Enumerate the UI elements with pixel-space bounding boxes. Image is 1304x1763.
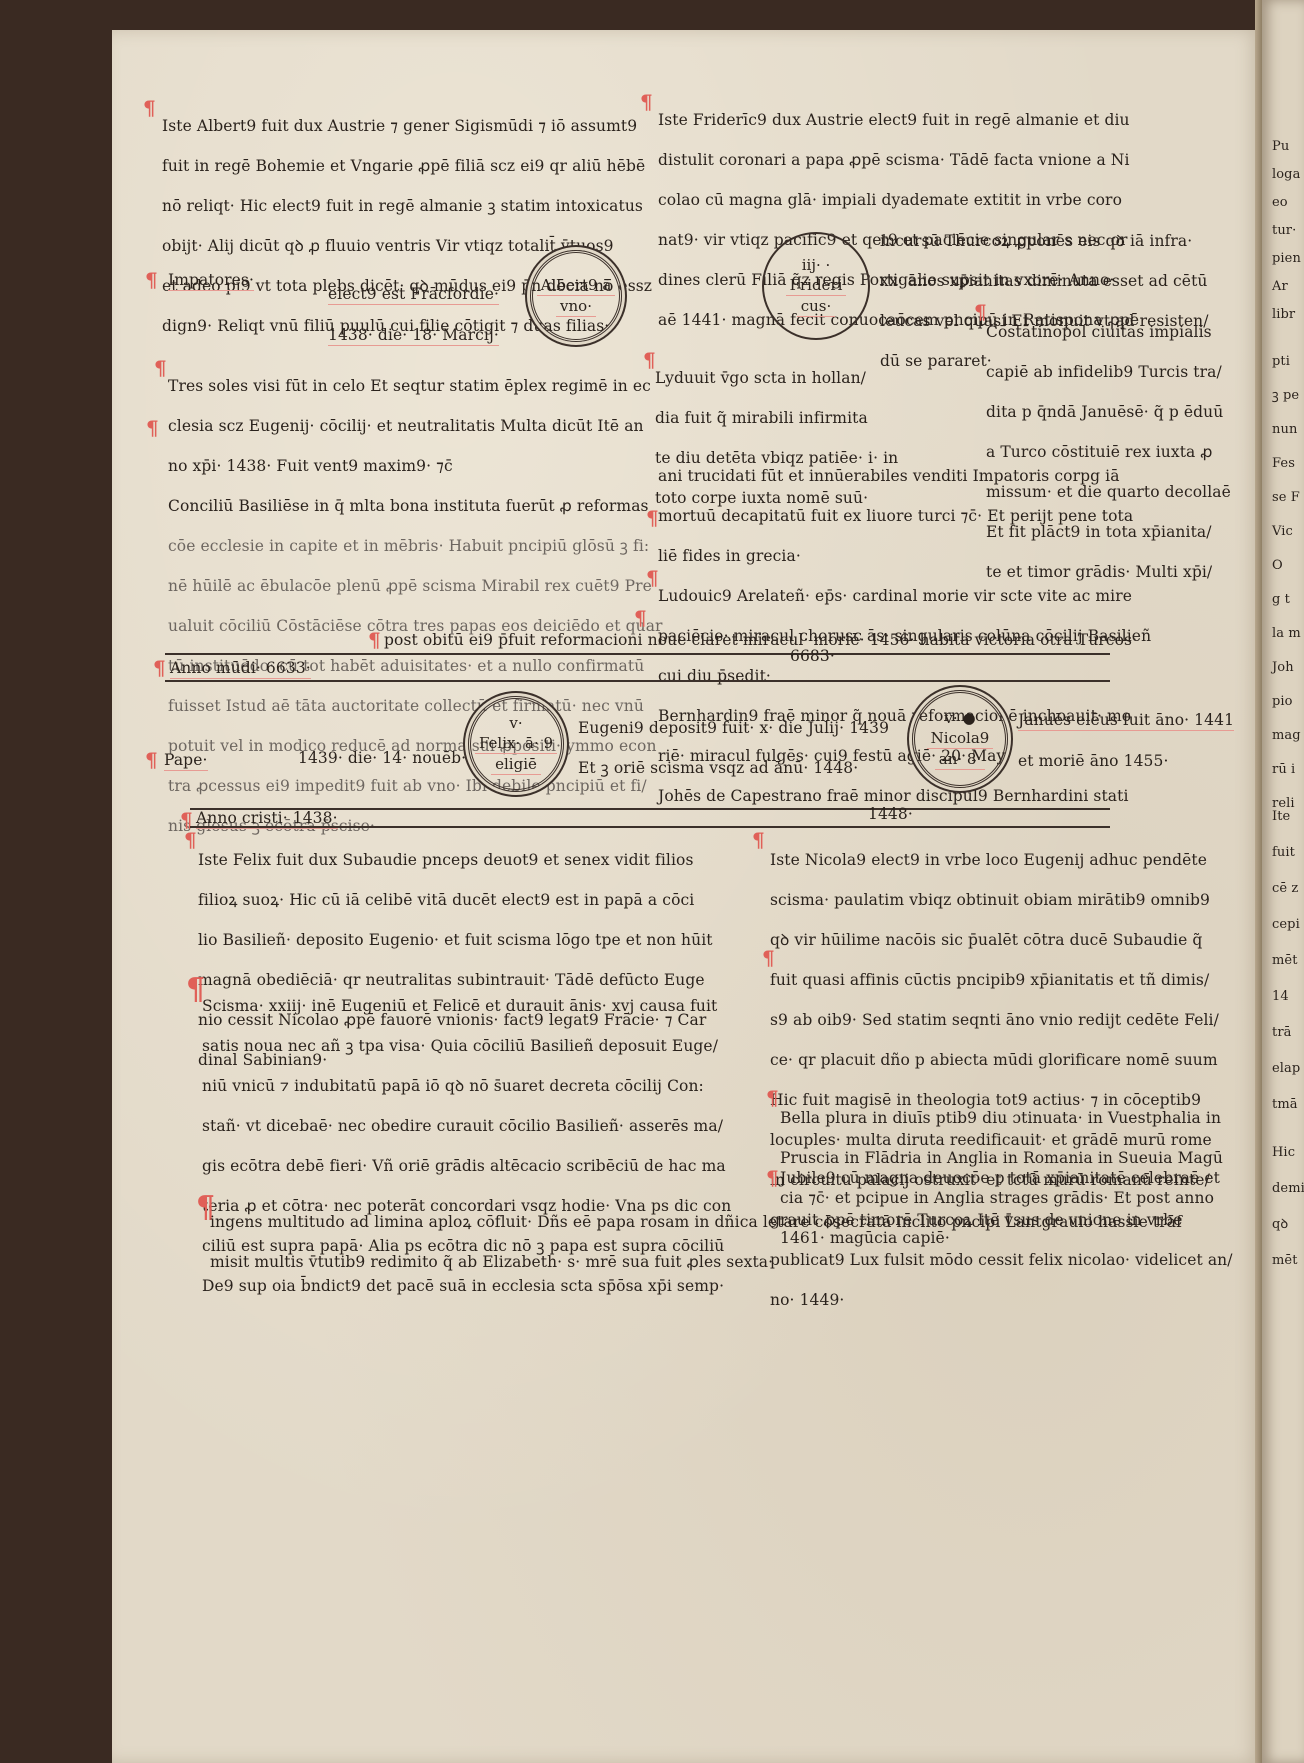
paragraph-mark-icon: ¶	[153, 656, 166, 680]
medallion-text: an· 8·	[935, 749, 985, 770]
text-line: Iste Nicola9 elect9 in vrbe loco Eugenij…	[770, 850, 1233, 870]
text-line: Tres soles visi fūt in celo Et seqtur st…	[168, 376, 663, 396]
text-line: g t	[1272, 591, 1301, 608]
medallion-fridericus: iij· · Frideri cus·	[762, 232, 870, 340]
text-line: Scisma· xxiij· inē Eugeniū et Felicē et …	[202, 996, 731, 1016]
text-line: Ar	[1272, 280, 1301, 294]
paragraph-mark-icon: ¶	[974, 300, 987, 324]
text-line: ingens multitudo ad limina aploꝝ cōfluit…	[210, 1212, 1182, 1232]
text-line: Bella plura in diuīs ptib9 diu ɔtinuata·…	[780, 1108, 1223, 1128]
text-line: misit multis v̄tutib9 redimito q̃ ab Eli…	[210, 1252, 1182, 1272]
text-line: elap	[1272, 1060, 1304, 1078]
paragraph-mark-icon: ¶	[766, 1086, 779, 1110]
text-line: nō reliqt· Hic elect9 fuit in regē alman…	[162, 196, 652, 216]
text-line: nē hūilē ac ēbulacōe plenū ꝓpē scisma Mi…	[168, 576, 663, 596]
medallion-text: iij· ·	[802, 255, 831, 275]
text-line: pien	[1272, 252, 1301, 266]
text-line: Pruscia in Flādria in Anglia in Romania …	[780, 1148, 1223, 1168]
text-line: ꝫ pe	[1272, 387, 1301, 404]
text-line: gis ecōtra debē fieri· Vñ oriē grādis al…	[202, 1156, 731, 1176]
text-line: clesia scz Eugenij· cōcilij· et neutrali…	[168, 416, 663, 436]
timeline-rule	[165, 680, 1110, 682]
text-line: qꝺ vir hūilime nacōis sic p̄ualēt cōtra …	[770, 930, 1233, 950]
medallion-text: vno·	[556, 296, 596, 317]
paragraph-mark-icon: ¶	[762, 946, 775, 970]
text-line: incursū Thurcoꝝ ꝓponēs eis qꝺ iā infra·	[880, 231, 1209, 251]
text-line: niū vnicū ⁊ indubitatū papā iō qꝺ nō s̄u…	[202, 1076, 731, 1096]
anno-cristi-end: 1448·	[868, 804, 913, 824]
pape-date-note: 1439· die· 14· nouēb·	[298, 748, 466, 768]
text-line: O	[1272, 557, 1301, 574]
paragraph-mark-icon: ¶	[752, 828, 765, 852]
rosa-paragraph: ingens multitudo ad limina aploꝝ cōfluit…	[210, 1192, 1182, 1292]
paragraph-mark-icon: ¶	[646, 566, 659, 590]
text-line: tur·	[1272, 224, 1301, 238]
text-line: filioꝝ suoꝝ· Hic cū iā celibē vitā ducēt…	[198, 890, 713, 910]
medallion-text: v· ●	[944, 708, 975, 728]
text-line: Januēs elēus fuit āno· 1441	[1018, 710, 1234, 731]
text-line: Hic	[1272, 1144, 1304, 1162]
medallion-text: Frideri	[786, 275, 847, 296]
timeline-rule	[165, 653, 1110, 655]
text-line: nun	[1272, 421, 1301, 438]
text-line: cē z	[1272, 880, 1304, 898]
text-line: elect9 est Frācfordie·	[328, 284, 499, 305]
text-line: cui diu p̄sedit·	[658, 666, 1151, 686]
paragraph-mark-icon: ¶	[184, 828, 197, 852]
text-line: ani trucidati fūt et innūerabiles vendit…	[658, 466, 1151, 486]
paragraph-mark-icon: ¶	[145, 748, 158, 772]
text-line: mag	[1272, 727, 1301, 744]
januensis-note: Januēs elēus fuit āno· 1441 et moriē āno…	[1018, 690, 1234, 791]
text-line: pio	[1272, 693, 1301, 710]
text-line: fuit quasi affinis cūctis pncipib9 xp̄ia…	[770, 970, 1233, 990]
paragraph-mark-icon: ¶	[368, 628, 381, 652]
medallion-felix: v· Felix· ā· 9 eligiē	[468, 696, 564, 792]
adjacent-page-text-mid: pti ꝫ pe nun Fes se F Vic O g t la m Joh…	[1272, 336, 1301, 829]
text-line: no· 1449·	[770, 1290, 1233, 1310]
text-line: libr	[1272, 308, 1301, 322]
paragraph-mark-icon: ¶	[646, 506, 659, 530]
text-line: scisma· paulatim vbiqz obtinuit obiam mi…	[770, 890, 1233, 910]
adjacent-page-text-lower: Ite fuit cē z cepi mēt 14 trā elap tmā H…	[1272, 790, 1304, 1288]
medallion-text: eligiē	[491, 754, 541, 775]
text-line: ce· qr placuit dño p abiecta mūdi glorif…	[770, 1050, 1233, 1070]
text-line: satis noua nec añ ꝫ tpa visa· Quia cōcil…	[202, 1036, 731, 1056]
text-line: capiē ab infidelib9 Turcis tra/	[986, 362, 1231, 382]
text-line: Et ꝫ oriē scisma vsqz ad ānū· 1448·	[578, 758, 889, 778]
text-line: dita p q̄ndā Januēsē· q̃ p ēduū	[986, 402, 1231, 422]
text-line: 14	[1272, 988, 1304, 1006]
medallion-text: Albert9 ā	[537, 275, 616, 296]
text-line: Ludouic9 Arelateñ· ep̄s· cardinal morie …	[658, 586, 1151, 606]
text-line: distulit coronari a papa ꝓpē scisma· Tād…	[658, 150, 1139, 170]
text-line: Iste Friderīc9 dux Austrie elect9 fuit i…	[658, 110, 1139, 130]
text-line: 1438· die· 18· Marcij·	[328, 325, 499, 346]
text-line: no xp̄i· 1438· Fuit vent9 maxim9· ⁊c̄	[168, 456, 663, 476]
paragraph-mark-icon: ¶	[640, 90, 653, 114]
text-line: fuit	[1272, 844, 1304, 862]
text-line: liē fides in grecia·	[658, 546, 1151, 566]
text-line: eo	[1272, 196, 1301, 210]
scan-background-top	[0, 0, 1304, 32]
text-line: Joh	[1272, 659, 1301, 676]
text-line: dia fuit q̃ mirabili infirmita	[655, 408, 898, 428]
text-line: cōe ecclesie in capite et in mēbris· Hab…	[168, 536, 663, 556]
text-line: mēt	[1272, 1252, 1304, 1270]
text-line: xx· ānos xp̄ianitas diminuta esset ad cē…	[880, 271, 1209, 291]
adjacent-page-text-top: Pu loga eo tur· pien Ar libr	[1272, 126, 1301, 336]
text-line: Vic	[1272, 523, 1301, 540]
paragraph-mark-icon: ¶	[766, 1166, 779, 1190]
text-line: Cōstātinopol ciuitas impialis	[986, 322, 1231, 342]
medallion-text: v·	[509, 713, 522, 733]
paragraph-mark-icon: ¶	[154, 356, 167, 380]
text-line: et moriē āno 1455·	[1018, 751, 1234, 771]
text-line: stañ· vt dicebaē· nec obedire curauit cō…	[202, 1116, 731, 1136]
text-line: Iste Felix fuit dux Subaudie pnceps deuo…	[198, 850, 713, 870]
jubileus-line: Jubile9 cū magna deuocōe p totā xp̄ianit…	[780, 1168, 1220, 1188]
text-line: cepi	[1272, 916, 1304, 934]
text-line: colao cū magna glā· impiali dyademate ex…	[658, 190, 1139, 210]
text-line: Ite	[1272, 808, 1304, 826]
text-line: Eugeni9 deposit9 fuit· x· die Julij· 143…	[578, 718, 889, 738]
paragraph-mark-icon: ¶	[634, 606, 647, 630]
medallion-text: Felix· ā· 9	[475, 733, 557, 754]
medallion-albertus: Albert9 ā vno·	[530, 250, 622, 342]
imperatores-label: Impatores·	[168, 270, 254, 291]
eugenius-deposition-note: Eugeni9 deposit9 fuit· x· die Julij· 143…	[578, 698, 889, 798]
text-line: lio Basilieñ· deposito Eugenio· et fuit …	[198, 930, 713, 950]
text-line: fuit in regē Bohemie et Vngarie ꝓpē fili…	[162, 156, 652, 176]
text-line: loga	[1272, 168, 1301, 182]
text-line: mortuū decapitatū fuit ex liuore turci ⁊…	[658, 506, 1151, 526]
paragraph-mark-icon: ¶	[146, 416, 159, 440]
text-line: qꝺ	[1272, 1216, 1304, 1234]
medallion-text: Nicola9	[927, 728, 994, 749]
anno-mundi-end: 6683·	[790, 646, 835, 666]
text-line: s9 ab oib9· Sed statim seqnti āno vnio r…	[770, 1010, 1233, 1030]
pape-label: Pape·	[164, 750, 208, 771]
text-line: trā	[1272, 1024, 1304, 1042]
text-line: Pu	[1272, 140, 1301, 154]
paragraph-mark-icon: ¶	[643, 348, 656, 372]
anno-mundi-label: Anno mūdi· 6633·	[170, 658, 311, 679]
medallion-text: cus·	[797, 296, 836, 317]
text-line: Lyduuit v̄go scta in hollan/	[655, 368, 898, 388]
text-line: demi	[1272, 1180, 1304, 1198]
paragraph-mark-icon: ¶	[145, 268, 158, 292]
text-line: la m	[1272, 625, 1301, 642]
medallion-nicolaus: v· ● Nicola9 an· 8·	[912, 690, 1008, 788]
capestrano-line: post obitū ei9 p̄fuit reformacioni noue …	[384, 630, 1137, 650]
timeline-rule	[190, 826, 1110, 828]
text-line: rū i	[1272, 761, 1301, 778]
text-line: Iste Albert9 fuit dux Austrie ⁊ gener Si…	[162, 116, 652, 136]
text-line: se F	[1272, 489, 1301, 506]
text-line: pti	[1272, 353, 1301, 370]
text-line: Conciliū Basiliēse in q̄ mlta bona insti…	[168, 496, 663, 516]
text-line: Fes	[1272, 455, 1301, 472]
election-note: elect9 est Frācfordie· 1438· die· 18· Ma…	[328, 264, 499, 366]
text-line: tmā	[1272, 1096, 1304, 1114]
text-line: mēt	[1272, 952, 1304, 970]
paragraph-mark-icon: ¶	[143, 96, 156, 120]
